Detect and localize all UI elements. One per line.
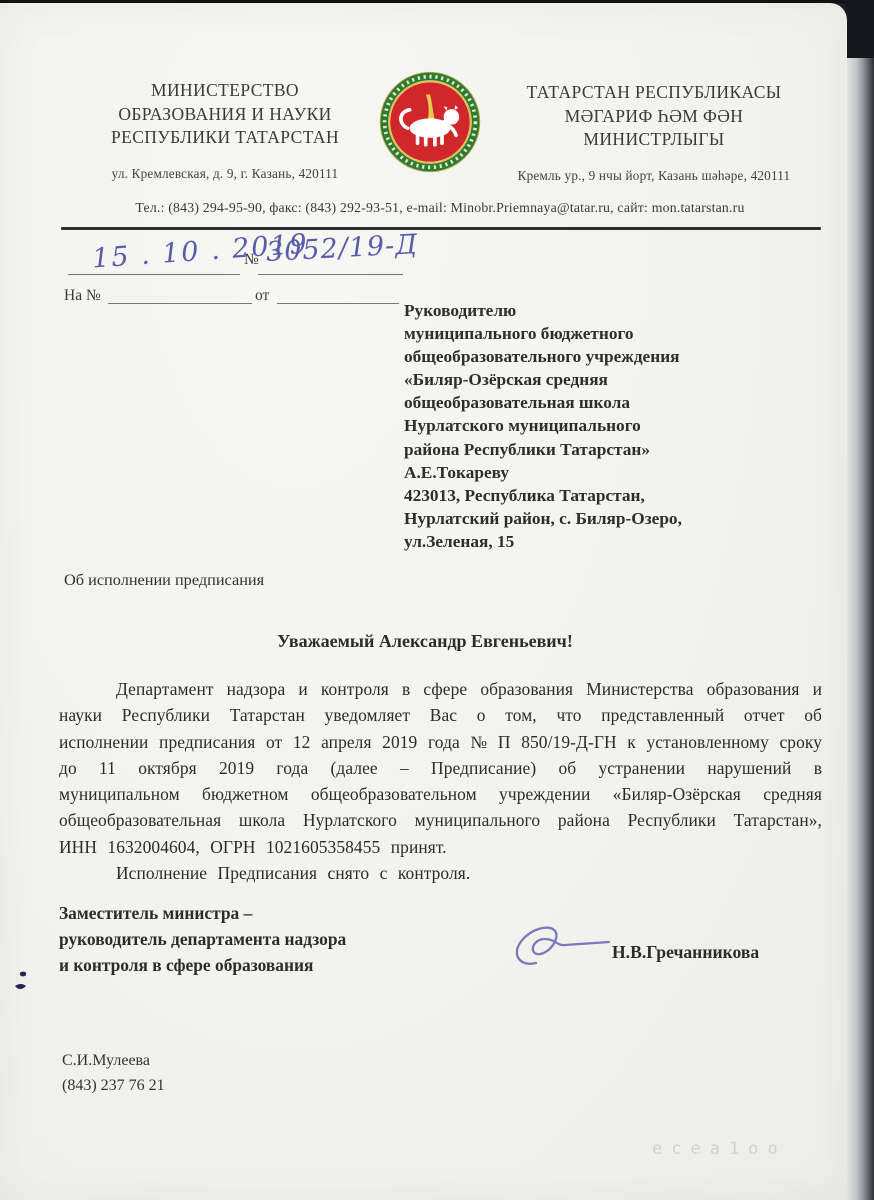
body-paragraph-2: Исполнение Предписания снято с контроля. bbox=[59, 860, 822, 886]
recipient-line: А.Е.Токареву bbox=[404, 461, 756, 484]
coat-of-arms-icon bbox=[379, 71, 481, 173]
recipient-line: Нурлатского муниципального bbox=[404, 414, 756, 437]
ministry-address-ru: ул. Кремлевская, д. 9, г. Казань, 420111 bbox=[58, 166, 392, 182]
executor-block: С.И.Мулеева (843) 237 76 21 bbox=[62, 1048, 165, 1098]
letterhead-divider bbox=[61, 227, 821, 230]
ink-blot-icon bbox=[12, 969, 30, 997]
ministry-name-tt-line3: МИНИСТРЛЫГЫ bbox=[486, 128, 822, 152]
letter-page: МИНИСТЕРСТВО ОБРАЗОВАНИЯ И НАУКИ РЕСПУБЛ… bbox=[0, 3, 847, 1200]
handwritten-signature bbox=[506, 917, 614, 971]
handwritten-number: 3052/19-Д bbox=[265, 229, 419, 268]
recipient-line: общеобразовательного учреждения bbox=[404, 345, 756, 368]
date-underline bbox=[68, 274, 240, 275]
signer-name: Н.В.Гречанникова bbox=[612, 942, 759, 963]
recipient-line: Нурлатский район, с. Биляр-Озеро, bbox=[404, 507, 756, 530]
ink-blot-mark bbox=[12, 969, 30, 1002]
letterhead-contact-line: Тел.: (843) 294-95-90, факс: (843) 292-9… bbox=[58, 200, 822, 216]
ministry-address-tt: Кремль ур., 9 нчы йорт, Казань шәһәре, 4… bbox=[486, 168, 822, 184]
reply-number-underline bbox=[108, 303, 252, 304]
recipient-block: Руководителю муниципального бюджетного о… bbox=[404, 299, 756, 553]
recipient-line: общеобразовательная школа bbox=[404, 391, 756, 414]
signer-title-line: и контроля в сфере образования bbox=[59, 952, 399, 978]
letter-body: Департамент надзора и контроля в сфере о… bbox=[59, 676, 822, 886]
signer-title-block: Заместитель министра – руководитель депа… bbox=[59, 900, 399, 978]
tatarstan-emblem bbox=[379, 71, 481, 173]
salutation: Уважаемый Александр Евгеньевич! bbox=[60, 631, 790, 652]
ministry-name-tt-line1: ТАТАРСТАН РЕСПУБЛИКАСЫ bbox=[486, 81, 822, 105]
recipient-line: 423013, Республика Татарстан, bbox=[404, 484, 756, 507]
scanner-corner-shadow bbox=[845, 0, 874, 58]
letterhead-tatar-block: ТАТАРСТАН РЕСПУБЛИКАСЫ МӘГАРИФ ҺӘМ ФӘН М… bbox=[486, 81, 822, 184]
reply-from-label: от bbox=[255, 287, 269, 305]
ministry-name-tt: ТАТАРСТАН РЕСПУБЛИКАСЫ МӘГАРИФ ҺӘМ ФӘН М… bbox=[486, 81, 822, 152]
number-sign: № bbox=[244, 251, 259, 269]
faint-stamp: есеа1оо bbox=[652, 1139, 787, 1159]
ministry-name-ru: МИНИСТЕРСТВО ОБРАЗОВАНИЯ И НАУКИ РЕСПУБЛ… bbox=[58, 79, 392, 150]
ministry-name-ru-line3: РЕСПУБЛИКИ ТАТАРСТАН bbox=[58, 126, 392, 150]
ministry-name-ru-line1: МИНИСТЕРСТВО bbox=[58, 79, 392, 103]
recipient-line: района Республики Татарстан» bbox=[404, 438, 756, 461]
reply-to-label: На № bbox=[64, 287, 101, 305]
scanner-right-edge bbox=[847, 58, 874, 1200]
recipient-line: ул.Зеленая, 15 bbox=[404, 530, 756, 553]
number-underline bbox=[258, 274, 403, 275]
recipient-line: Руководителю bbox=[404, 299, 756, 322]
executor-phone: (843) 237 76 21 bbox=[62, 1073, 165, 1098]
body-paragraph-1: Департамент надзора и контроля в сфере о… bbox=[59, 676, 822, 860]
letterhead-russian-block: МИНИСТЕРСТВО ОБРАЗОВАНИЯ И НАУКИ РЕСПУБЛ… bbox=[58, 79, 392, 182]
executor-name: С.И.Мулеева bbox=[62, 1048, 165, 1073]
signer-title-line: Заместитель министра – bbox=[59, 900, 399, 926]
ministry-name-ru-line2: ОБРАЗОВАНИЯ И НАУКИ bbox=[58, 103, 392, 127]
recipient-line: муниципального бюджетного bbox=[404, 322, 756, 345]
subject-line: Об исполнении предписания bbox=[64, 570, 264, 590]
ministry-name-tt-line2: МӘГАРИФ ҺӘМ ФӘН bbox=[486, 105, 822, 129]
signature-squiggle-icon bbox=[506, 917, 614, 971]
signer-title-line: руководитель департамента надзора bbox=[59, 926, 399, 952]
reply-date-underline bbox=[277, 303, 399, 304]
recipient-line: «Биляр-Озёрская средняя bbox=[404, 368, 756, 391]
